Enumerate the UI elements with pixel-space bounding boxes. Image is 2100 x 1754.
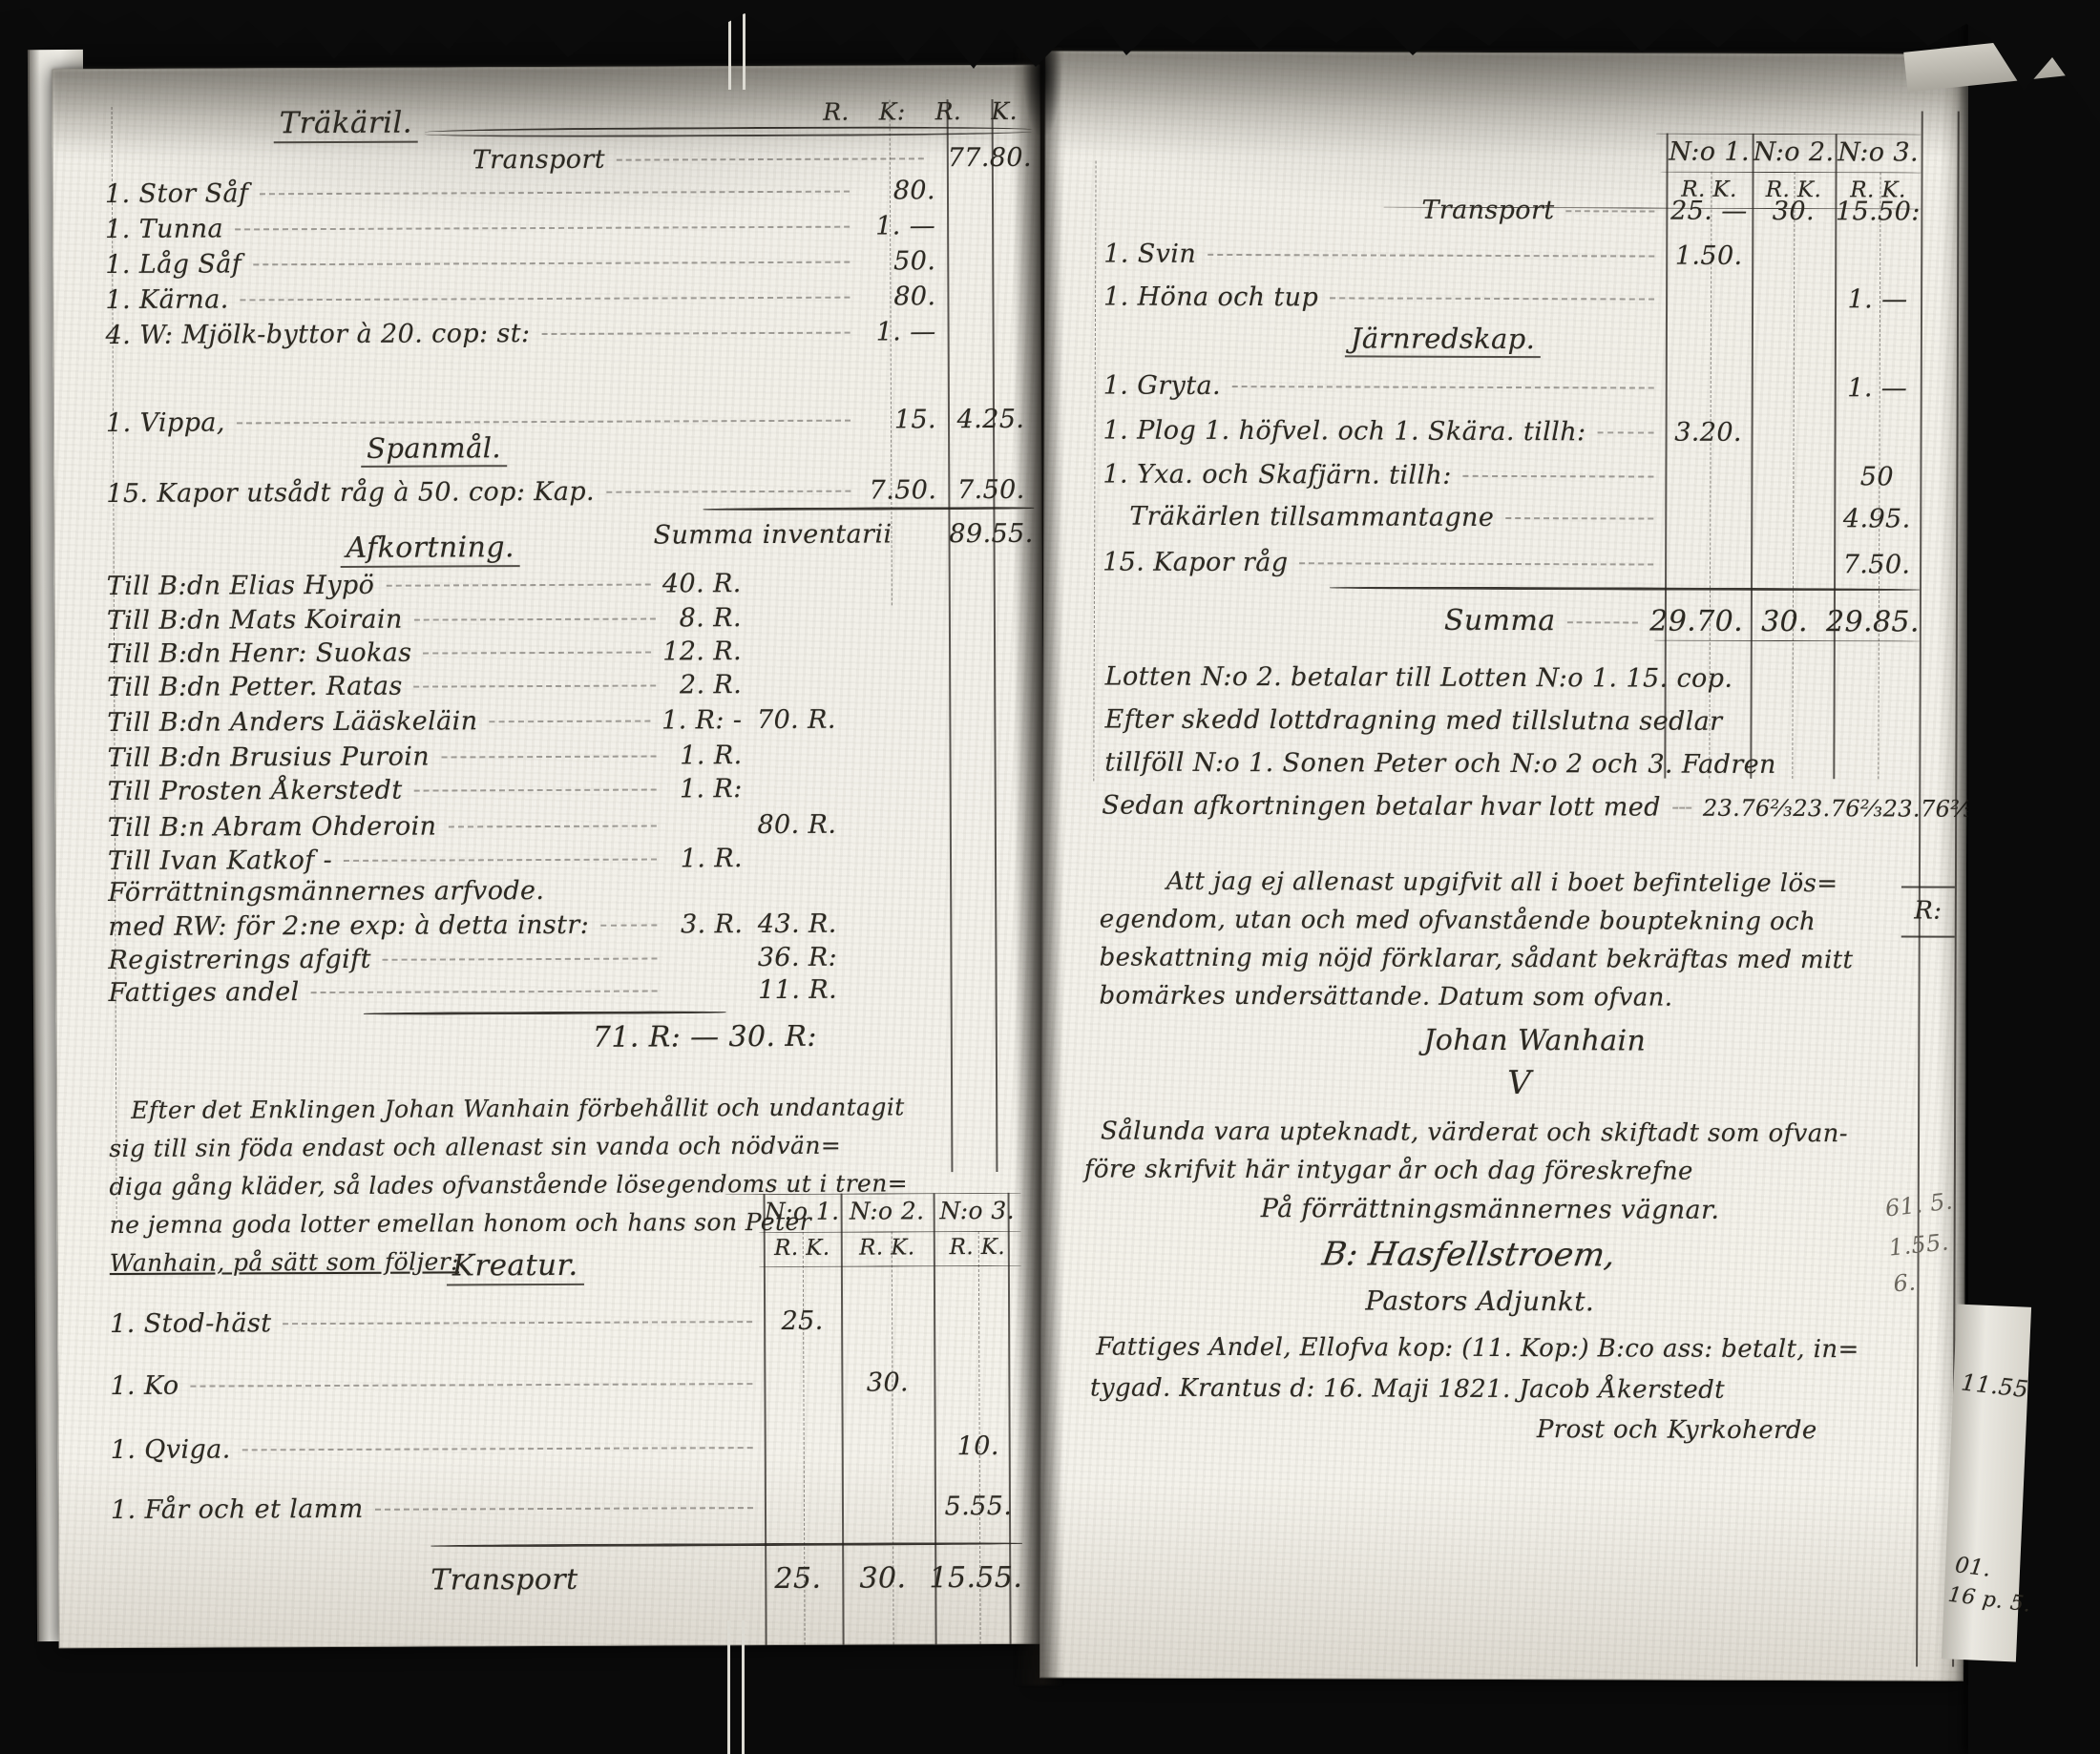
transport-row: Transport 25. — 30. 15.50: [1421, 196, 1921, 227]
deduction-subtotal: 70. R. [753, 705, 839, 735]
dotted-leader [311, 991, 658, 994]
item-label: 1. Stor Såf [105, 178, 249, 209]
margin-rule [1093, 161, 1096, 782]
dotted-leader [1598, 431, 1654, 433]
lot2-value: 30. [1743, 605, 1826, 638]
dotted-leader [414, 618, 656, 621]
lot-header: N:o 3. [934, 1197, 1021, 1224]
item-label: 1. Tunna [105, 214, 223, 244]
declaration-line: Att jag ej allenast upgifvit all i boet … [1166, 863, 1838, 903]
deduction-row: Fattiges andel 11. R. [109, 975, 841, 1008]
deduction-label: Till B:dn Henr: Suokas [107, 638, 412, 669]
dotted-leader [1567, 621, 1639, 623]
lot1-value: 25. [764, 1306, 841, 1336]
ledger-row: 1. Gryta. 1. — [1103, 371, 1921, 404]
lot2-value: 30. [841, 1368, 934, 1397]
attestation-line: före skrifvit här intygar år och dag för… [1084, 1155, 1693, 1185]
left-page: R. K: R. K. Träkäril. Transport 77.80. 1… [52, 65, 1046, 1649]
dotted-leader [260, 191, 850, 196]
lott-note-line: Efter skedd lottdragning med tillslutna … [1104, 705, 1722, 737]
deduction-label: Till B:dn Anders Lääskeläin [107, 706, 477, 738]
paragraph-line: sig till sin föda endast och allenast si… [109, 1127, 841, 1168]
deduction-amount: 1. R: [668, 774, 743, 804]
rk-subheader: R. K. [764, 1236, 841, 1261]
dotted-leader [386, 584, 651, 587]
lot2-value: 30. [1752, 197, 1835, 226]
fattiges-note-line: Fattiges Andel, Ellofva kop: (11. Kop:) … [1096, 1333, 1859, 1365]
binding-string [727, 1620, 730, 1754]
lot2-value: 30. [836, 1561, 929, 1595]
item-amount: 1. — [862, 317, 936, 346]
section-heading-afkortning: Afkortning. [341, 531, 520, 568]
livestock-row: 1. Ko 30. [110, 1368, 1021, 1401]
paragraph-line: Wanhain, på sätt som följer: [110, 1242, 459, 1283]
dotted-leader [441, 756, 657, 759]
item-label: 1. Kärna. [105, 284, 228, 315]
lot-header: N:o 1. [764, 1198, 841, 1225]
table-rule [1661, 172, 1921, 174]
lot3-value: 7.50. [1834, 550, 1920, 579]
rk-subheader: R. K. [841, 1235, 934, 1260]
deduction-label: Till B:dn Petter. Ratas [107, 672, 403, 702]
item-amount: 80. [861, 176, 935, 205]
lott-note-line: tillföll N:o 1. Sonen Peter och N:o 2 oc… [1104, 748, 1776, 780]
table-rule [1654, 640, 1920, 642]
item-amount: 80. [861, 282, 935, 311]
dotted-leader [344, 859, 657, 862]
dotted-leader [541, 332, 850, 335]
declaration-line: egendom, utan och med ofvanstående boupt… [1100, 901, 1816, 942]
fattiges-note-line: tygad. Krantus d: 16. Maji 1821. Jacob Å… [1090, 1373, 1725, 1404]
dotted-leader [606, 491, 850, 493]
lot1-value: 3.20. [1666, 418, 1752, 448]
livestock-row: 1. Stod-häst 25. [110, 1305, 1021, 1339]
dotted-leader [375, 1507, 753, 1511]
declaration-line: beskattning mig nöjd förklarar, sådant b… [1100, 939, 1854, 980]
item-label: 1. Svin [1103, 240, 1196, 269]
lot3-value: 1. — [1835, 373, 1921, 403]
signature-officiant: B: Hasfellstroem, [1320, 1235, 1619, 1274]
scanned-ledger-spread: R. K: R. K. Träkäril. Transport 77.80. 1… [0, 0, 2100, 1754]
dotted-leader [1299, 562, 1653, 565]
table-rule [759, 1265, 1021, 1267]
dotted-leader [414, 789, 657, 792]
item-amount: 7.50. [862, 475, 936, 505]
deduction-row: Till B:dn Elias Hypö 40. R. [107, 569, 839, 601]
margin-r-box: R: [1901, 886, 1955, 937]
deduction-amount: 3. R. [668, 909, 743, 939]
deduction-row: Till B:dn Brusius Puroin 1. R. [107, 741, 839, 773]
dotted-leader [600, 925, 657, 927]
lot2-value: 23.76⅔ [1793, 795, 1882, 822]
deduction-row: med RW: för 2:ne exp: à detta instr: 3. … [108, 909, 840, 942]
item-amount: 1. — [861, 211, 935, 240]
summa-inventarii-label: Summa inventarii [653, 519, 892, 550]
rk-subheader: R. K. [934, 1235, 1021, 1260]
dotted-leader [1566, 210, 1655, 212]
ledger-row: 1. Kärna. 80. [105, 282, 1033, 315]
dotted-leader [1330, 297, 1654, 300]
lot1-value: 1.50. [1666, 241, 1752, 271]
torn-edge-silhouette [0, 0, 2100, 143]
margin-r-mark: R: [1914, 896, 1942, 925]
lot3-value: 15.55. [929, 1561, 1022, 1595]
lot3-value: 5.55. [934, 1492, 1022, 1521]
deduction-label: Registrerings afgift [108, 945, 370, 975]
deduction-row: Till B:dn Mats Koirain 8. R. [107, 603, 839, 636]
dotted-leader [253, 261, 850, 266]
lot1-value: 25. — [1666, 197, 1752, 226]
transport-label: Transport [1421, 196, 1554, 225]
item-amount: 15. [862, 405, 936, 434]
deduction-label: Till Ivan Katkof - [108, 846, 332, 876]
deduction-row: Till B:dn Henr: Suokas 12. R. [107, 637, 839, 669]
deduction-amount: 1. R: - [661, 705, 742, 735]
transport-label: Transport [472, 145, 605, 176]
sum-rule [1330, 586, 1920, 591]
signature-johan-wanhain: Johan Wanhain [1423, 1024, 1646, 1058]
dotted-leader [1463, 475, 1654, 478]
transport-label: Transport [430, 1563, 577, 1597]
deduction-row: Till Prosten Åkerstedt 1. R: [108, 774, 840, 806]
deduction-amount: 40. R. [662, 569, 742, 598]
edge-mark: 11.55 [1960, 1368, 2029, 1403]
deduction-amount: 1. R. [668, 844, 743, 873]
deduction-label: Till B:dn Elias Hypö [107, 571, 375, 601]
item-label: 1. Plog 1. höfvel. och 1. Skära. tillh: [1103, 416, 1586, 448]
ledger-row: Träkärlen tillsammantagne 4.95. [1129, 502, 1920, 534]
item-label: Träkärlen tillsammantagne [1129, 502, 1494, 532]
edge-mark: 01. [1954, 1553, 1993, 1582]
deduction-label: Till B:n Abram Ohderoin [108, 812, 437, 844]
dotted-leader [1232, 386, 1654, 389]
item-label: 1. Yxa. och Skafjärn. tillh: [1102, 460, 1451, 491]
binding-string [742, 1620, 745, 1754]
lot1-value: 29.70. [1649, 605, 1743, 638]
ledger-row: 1. Yxa. och Skafjärn. tillh: 50 [1102, 460, 1920, 492]
lot-header: N:o 2. [841, 1197, 934, 1224]
sum-rule [703, 507, 1034, 512]
paragraph-line: Efter det Enklingen Johan Wanhain förbeh… [131, 1088, 905, 1130]
deduction-subtotal: 80. R. [754, 810, 840, 840]
livestock-row: 1. Får och et lamm 5.55. [111, 1492, 1022, 1525]
dotted-leader [283, 1321, 752, 1325]
deduction-label: Till B:dn Brusius Puroin [107, 742, 430, 773]
dotted-leader [1672, 807, 1691, 809]
item-label: 15. Kapor råg [1102, 548, 1288, 578]
dotted-leader [242, 1447, 753, 1451]
deduction-subtotal: 11. R. [755, 975, 841, 1005]
transport-row: Transport 25. 30. 15.55. [430, 1561, 1022, 1597]
lot3-value: 10. [934, 1431, 1022, 1461]
item-amount: 50. [861, 246, 935, 276]
dotted-leader [1505, 517, 1653, 520]
dotted-leader [489, 720, 650, 723]
lot3-value: 29.85. [1826, 605, 1920, 638]
lot3-value: 23.76⅔ [1883, 795, 1973, 822]
ledger-row: 1. Vippa, 15. 4.25. [106, 405, 1034, 438]
livestock-label: 1. Stod-häst [110, 1308, 271, 1339]
lot1-value: 23.76⅔ [1703, 795, 1793, 822]
deduction-subtotal: 43. R. [754, 909, 840, 939]
ledger-row: 1. Tunna 1. — [105, 211, 1033, 244]
summa-label: Summa [1444, 604, 1556, 637]
dotted-leader [424, 652, 652, 655]
paragraph-line: ne jemna goda lotter emellan honom och h… [110, 1203, 812, 1244]
column-rule [1750, 134, 1753, 779]
item-label: 1. Höna och tup [1103, 282, 1318, 313]
ledger-row: 15. Kapor utsådt råg à 50. cop: Kap. 7.5… [106, 475, 1034, 509]
ledger-row: 15. Kapor råg 7.50. [1102, 548, 1920, 580]
deduction-label: med RW: för 2:ne exp: à detta instr: [108, 910, 589, 942]
deduction-label: Till B:dn Mats Koirain [107, 605, 403, 636]
lot3-value: 15.50: [1835, 197, 1921, 226]
livestock-label: 1. Ko [110, 1371, 178, 1401]
item-label: 1. Låg Såf [105, 249, 241, 280]
deduction-row: Till B:dn Petter. Ratas 2. R. [107, 670, 839, 702]
deduction-total: 71. R: — 30. R: [593, 1020, 817, 1054]
deduction-amount: 2. R. [667, 670, 742, 700]
table-rule [759, 1231, 1021, 1233]
lot3-value: 50 [1834, 462, 1920, 491]
right-page: N:o 1. N:o 2. N:o 3. R. K. R. K. R. K. T… [1039, 51, 1969, 1681]
transport-rule [430, 1542, 1022, 1548]
declaration-line: bomärkes undersättande. Datum som ofvan. [1099, 977, 1672, 1017]
ledger-row: 1. Låg Såf 50. [105, 246, 1033, 280]
margin-pencil-mark: 6. [1892, 1269, 1917, 1298]
lot1-value: 25. [759, 1562, 836, 1596]
total-rule [364, 1011, 726, 1015]
fattiges-note-line: Prost och Kyrkoherde [1537, 1415, 1817, 1445]
item-label: 15. Kapor utsådt råg à 50. cop: Kap. [106, 477, 595, 509]
deduction-row: Till Ivan Katkof - 1. R. [108, 844, 840, 876]
section-heading-jarnredskap: Järnredskap. [1345, 322, 1542, 358]
attestation-line: Sålunda vara upteknadt, värderat och ski… [1101, 1117, 1848, 1149]
summa-row: Summa 29.70. 30. 29.85. [1444, 604, 1920, 639]
signature-officiant-title: Pastors Adjunkt. [1365, 1284, 1594, 1317]
per-lot-payment-row: Sedan afkortningen betalar hvar lott med… [1102, 791, 1919, 824]
livestock-label: 1. Får och et lamm [111, 1494, 364, 1525]
bomarke-mark: V [1507, 1064, 1531, 1102]
lot3-value: 4.95. [1834, 504, 1920, 533]
ledger-row: 1. Höna och tup 1. — [1103, 282, 1921, 315]
item-label: 1. Vippa, [106, 407, 225, 438]
per-lot-label: Sedan afkortningen betalar hvar lott med [1102, 791, 1661, 823]
dotted-leader [1207, 254, 1654, 258]
dotted-leader [617, 157, 924, 160]
column-rule [1833, 134, 1837, 779]
deduction-amount: 8. R. [667, 603, 742, 633]
livestock-row: 1. Qviga. 10. [111, 1431, 1022, 1465]
section-heading-spanmal: Spanmål. [361, 431, 507, 468]
summa-inventarii-row: Summa inventarii 89.55. [653, 519, 1034, 551]
deduction-row: Förrättningsmännernes arfvode. [108, 875, 840, 908]
lot-column-headers: N:o 1. N:o 2. N:o 3. [764, 1197, 1021, 1225]
ledger-row: 1. Plog 1. höfvel. och 1. Skära. tillh: … [1103, 416, 1921, 449]
binding-gutter-shadow [1014, 48, 1063, 1685]
deduction-row: Till B:n Abram Ohderoin 80. R. [108, 810, 840, 843]
deduction-row: Registrerings afgift 36. R: [108, 943, 840, 975]
deduction-amount: 1. R. [667, 741, 742, 770]
dotted-leader [448, 825, 656, 828]
ledger-row: 4. W: Mjölk-byttor à 20. cop: st: 1. — [106, 317, 1034, 350]
deduction-label: Förrättningsmännernes arfvode. [108, 876, 544, 908]
deduction-subtotal: 36. R: [754, 943, 840, 972]
dotted-leader [190, 1383, 752, 1388]
deduction-label: Fattiges andel [109, 977, 300, 1008]
section-heading-kreatur: Kreatur. [447, 1248, 584, 1286]
transport-row: Transport 77.80. [472, 143, 1033, 176]
page-edge-strip: 11.55 01. 16 p. 5. [1942, 1304, 2031, 1661]
ledger-row: 1. Svin 1.50. [1103, 240, 1921, 272]
livestock-label: 1. Qviga. [111, 1434, 231, 1465]
deduction-row: Till B:dn Anders Lääskeläin 1. R: - 70. … [107, 705, 839, 738]
deduction-amount: 12. R. [662, 637, 742, 666]
dotted-leader [414, 685, 657, 688]
lott-note-line: Lotten N:o 2. betalar till Lotten N:o 1.… [1105, 662, 1733, 694]
item-label: 1. Gryta. [1103, 371, 1221, 401]
lot3-value: 1. — [1835, 284, 1921, 314]
lot-subheaders: R. K. R. K. R. K. [764, 1235, 1021, 1261]
item-label: 4. W: Mjölk-byttor à 20. cop: st: [106, 319, 531, 350]
dotted-leader [383, 958, 658, 961]
deduction-label: Till Prosten Åkerstedt [108, 776, 403, 806]
attestation-line: På förrättningsmännernes vägnar. [1261, 1194, 1720, 1225]
dotted-leader [241, 297, 850, 302]
dotted-leader [237, 420, 850, 425]
ledger-row: 1. Stor Såf 80. [105, 176, 1033, 209]
dotted-leader [235, 226, 850, 231]
